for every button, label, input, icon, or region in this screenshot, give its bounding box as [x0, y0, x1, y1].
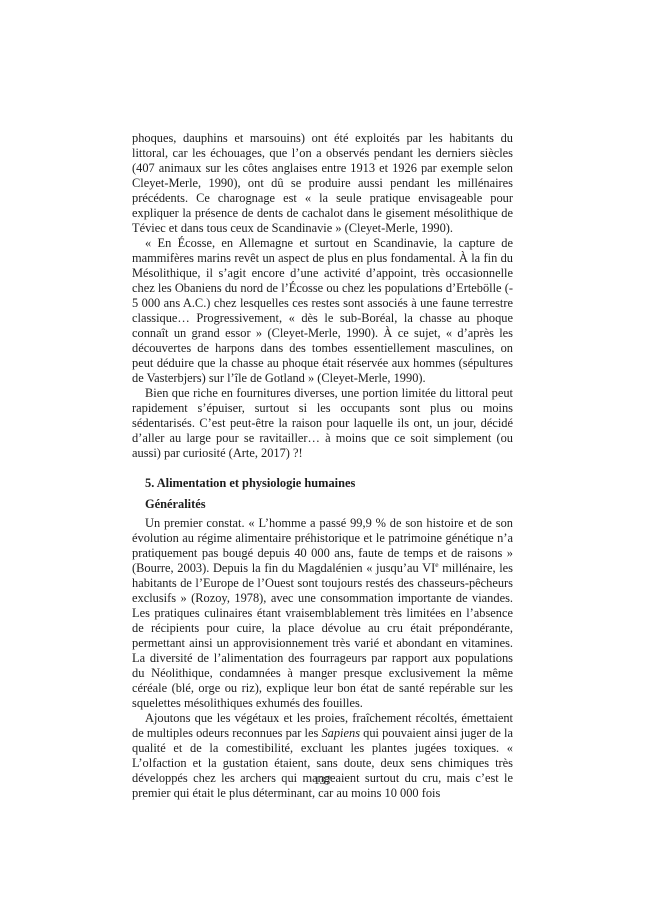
paragraph: phoques, dauphins et marsouins) ont été …: [132, 131, 513, 236]
paragraph: « En Écosse, en Allemagne et surtout en …: [132, 236, 513, 386]
heading: 5. Alimentation et physiologie humaines: [132, 476, 513, 491]
paragraph: Un premier constat. « L’homme a passé 99…: [132, 516, 513, 711]
text-block: phoques, dauphins et marsouins) ont été …: [132, 131, 513, 801]
document-page: phoques, dauphins et marsouins) ont été …: [0, 0, 650, 920]
page-number: 137: [132, 775, 513, 787]
paragraph: Bien que riche en fournitures diverses, …: [132, 386, 513, 461]
subheading: Généralités: [132, 497, 513, 512]
paragraph: Ajoutons que les végétaux et les proies,…: [132, 711, 513, 801]
